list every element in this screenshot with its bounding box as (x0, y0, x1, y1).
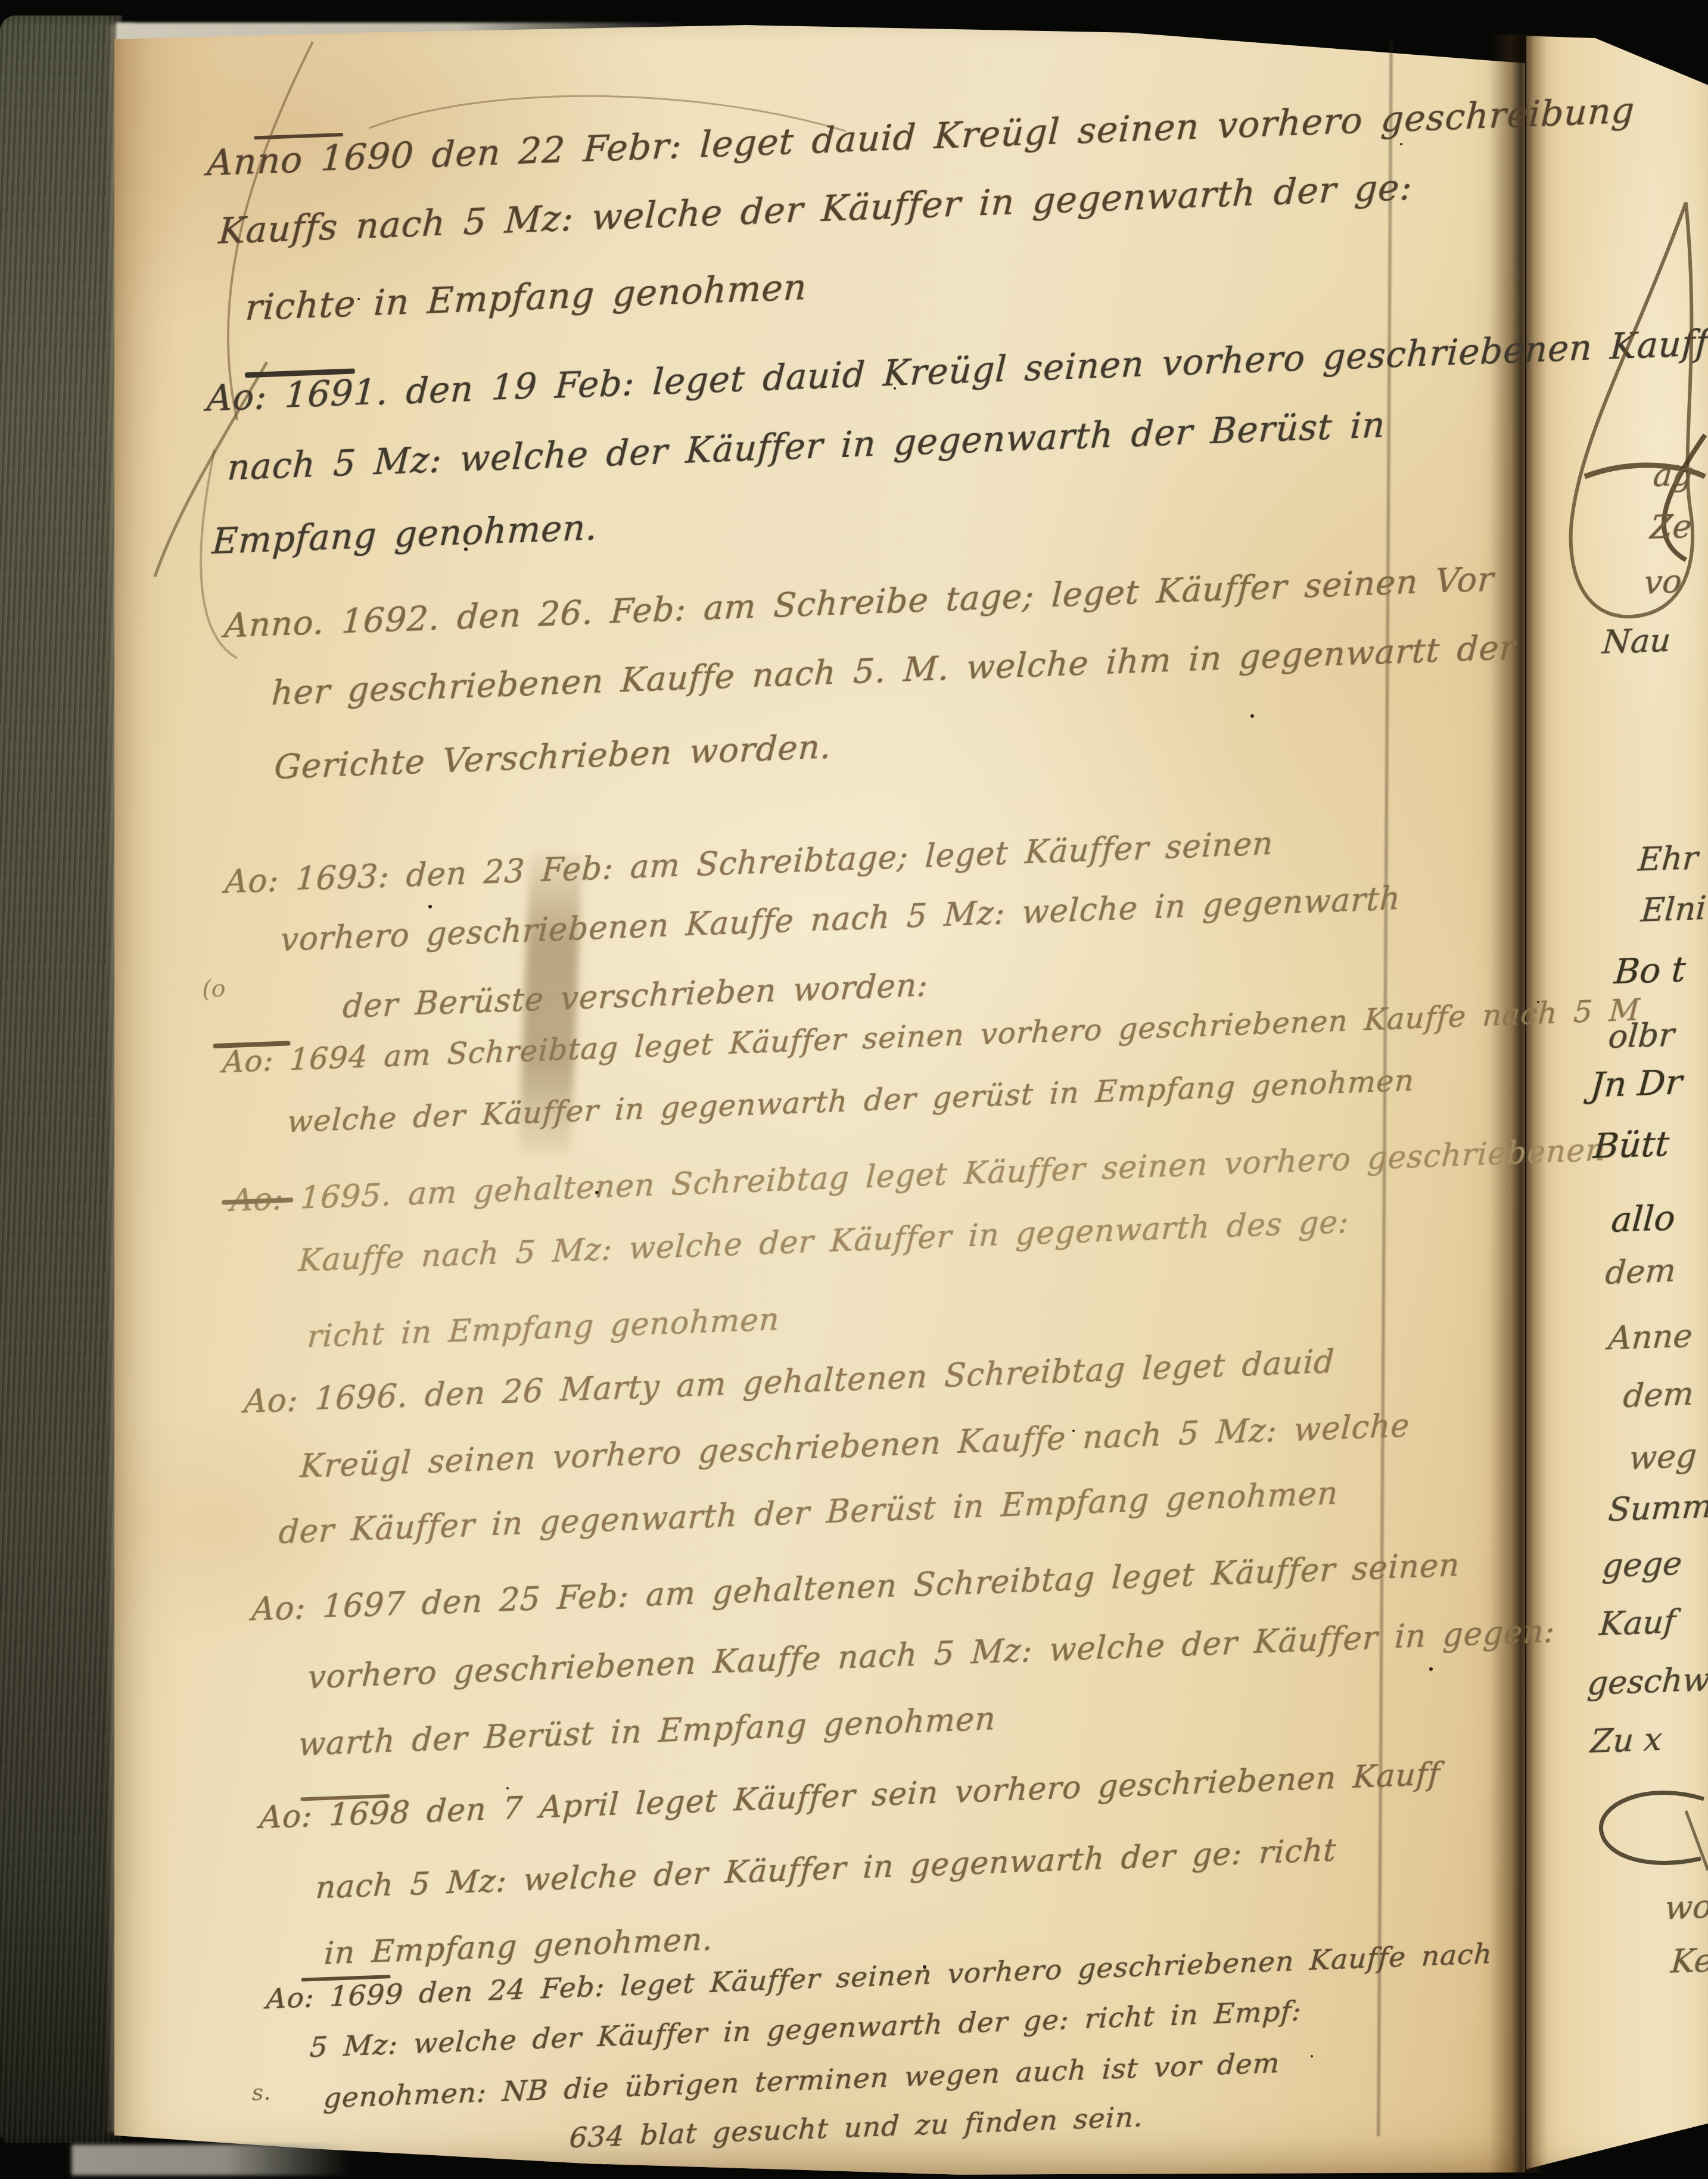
facing-text-fragment: dem (1622, 1378, 1695, 1412)
facing-text-fragment: vo (1643, 565, 1683, 599)
facing-text-fragment: Key (1670, 1944, 1708, 1978)
manuscript-line: warth der Berüst in Empfang genohmen (298, 1703, 997, 1760)
facing-text-fragment: ag (1652, 458, 1694, 491)
manuscript-line: Ao: 1697 den 25 Feb: am gehaltenen Schre… (251, 1549, 1461, 1626)
facing-text-fragment: Bütt (1592, 1126, 1670, 1163)
manuscript-line: Kauffs nach 5 Mz: welche der Käuffer in … (217, 170, 1413, 250)
margin-circle-mark: (o (201, 976, 226, 1001)
facing-text-fragment: wo (1664, 1891, 1708, 1925)
manuscript-line: Anno. 1692. den 26. Feb: am Schreibe tag… (223, 563, 1495, 643)
paper-speck (357, 298, 360, 300)
manuscript-text-block: Anno 1690 den 22 Febr: leget dauid Kreüg… (197, 70, 1606, 2178)
manuscript-line: Ao: 1698 den 7 April leget Käuffer sein … (259, 1759, 1441, 1834)
manuscript-line: nach 5 Mz: welche der Käuffer in gegenwa… (315, 1835, 1337, 1904)
manuscript-line: richte in Empfang genohmen (244, 269, 808, 326)
facing-text-fragment: weg (1628, 1440, 1698, 1474)
facing-text-fragment: Bo t (1613, 952, 1687, 989)
facing-text-fragment: Kauf (1598, 1606, 1676, 1641)
manuscript-line: her geschriebenen Kauffe nach 5. M. welc… (270, 631, 1516, 711)
manuscript-line: welche der Käuffer in gegenwarth der ger… (287, 1065, 1415, 1137)
facing-text-fragment: gege (1601, 1548, 1683, 1583)
manuscript-line: vorhero geschriebenen Kauffe nach 5 Mz: … (307, 1615, 1556, 1694)
facing-text-fragment: dem (1604, 1255, 1677, 1289)
facing-text-fragment: Ze (1649, 510, 1693, 544)
facing-text-fragment: geschw (1586, 1663, 1708, 1699)
pen-flourish-oval (1597, 1787, 1708, 1882)
manuscript-line: vorhero geschriebenen Kauffe nach 5 Mz: … (280, 883, 1402, 956)
facing-text-fragment: Zu x (1589, 1723, 1663, 1758)
facing-text-fragment: Summ (1607, 1490, 1708, 1526)
manuscript-line: in Empfang genohmen. (323, 1924, 714, 1969)
margin-bottom-mark: s. (251, 2081, 271, 2104)
facing-text-fragment: Jn Dr (1589, 1064, 1684, 1102)
manuscript-line: Ao: 1695. am gehaltenen Schreibtag leget… (230, 1135, 1607, 1217)
book-scan: Anno 1690 den 22 Febr: leget dauid Kreüg… (0, 0, 1708, 2179)
manuscript-line: nach 5 Mz: welche der Käuffer in gegenwa… (226, 407, 1386, 485)
manuscript-line: der Käuffer in gegenwarth der Berüst in … (278, 1478, 1339, 1549)
manuscript-line: 634 blat gesucht und zu finden sein. (569, 2103, 1144, 2152)
manuscript-line: Empfang genohmen. (211, 509, 599, 559)
manuscript-line: Kauffe nach 5 Mz: welche der Käuffer in … (298, 1207, 1350, 1277)
facing-text-fragment: Elni (1640, 892, 1707, 927)
facing-text-fragment: Nau (1601, 624, 1672, 659)
manuscript-line: Ao: 1691. den 19 Feb: leget dauid Kreügl… (206, 325, 1708, 416)
book-spine-fore-edge (0, 15, 122, 2143)
manuscript-line: der Berüste verschrieben worden: (342, 969, 929, 1023)
manuscript-line: Ao: 1693: den 23 Feb: am Schreibtage; le… (224, 828, 1274, 898)
facing-text-fragment: allo (1610, 1200, 1676, 1237)
facing-text-fragment: Ehr (1637, 842, 1699, 876)
manuscript-line: Gerichte Verschrieben worden. (273, 730, 832, 785)
manuscript-line: Kreügl seinen vorhero geschriebenen Kauf… (299, 1410, 1411, 1483)
facing-text-fragment: olbr (1607, 1019, 1675, 1053)
manuscript-line: Ao: 1696. den 26 Marty am gehaltenen Sch… (243, 1346, 1335, 1418)
facing-text-fragment: Anne (1607, 1320, 1694, 1355)
manuscript-line: richt in Empfang genohmen (306, 1304, 780, 1352)
